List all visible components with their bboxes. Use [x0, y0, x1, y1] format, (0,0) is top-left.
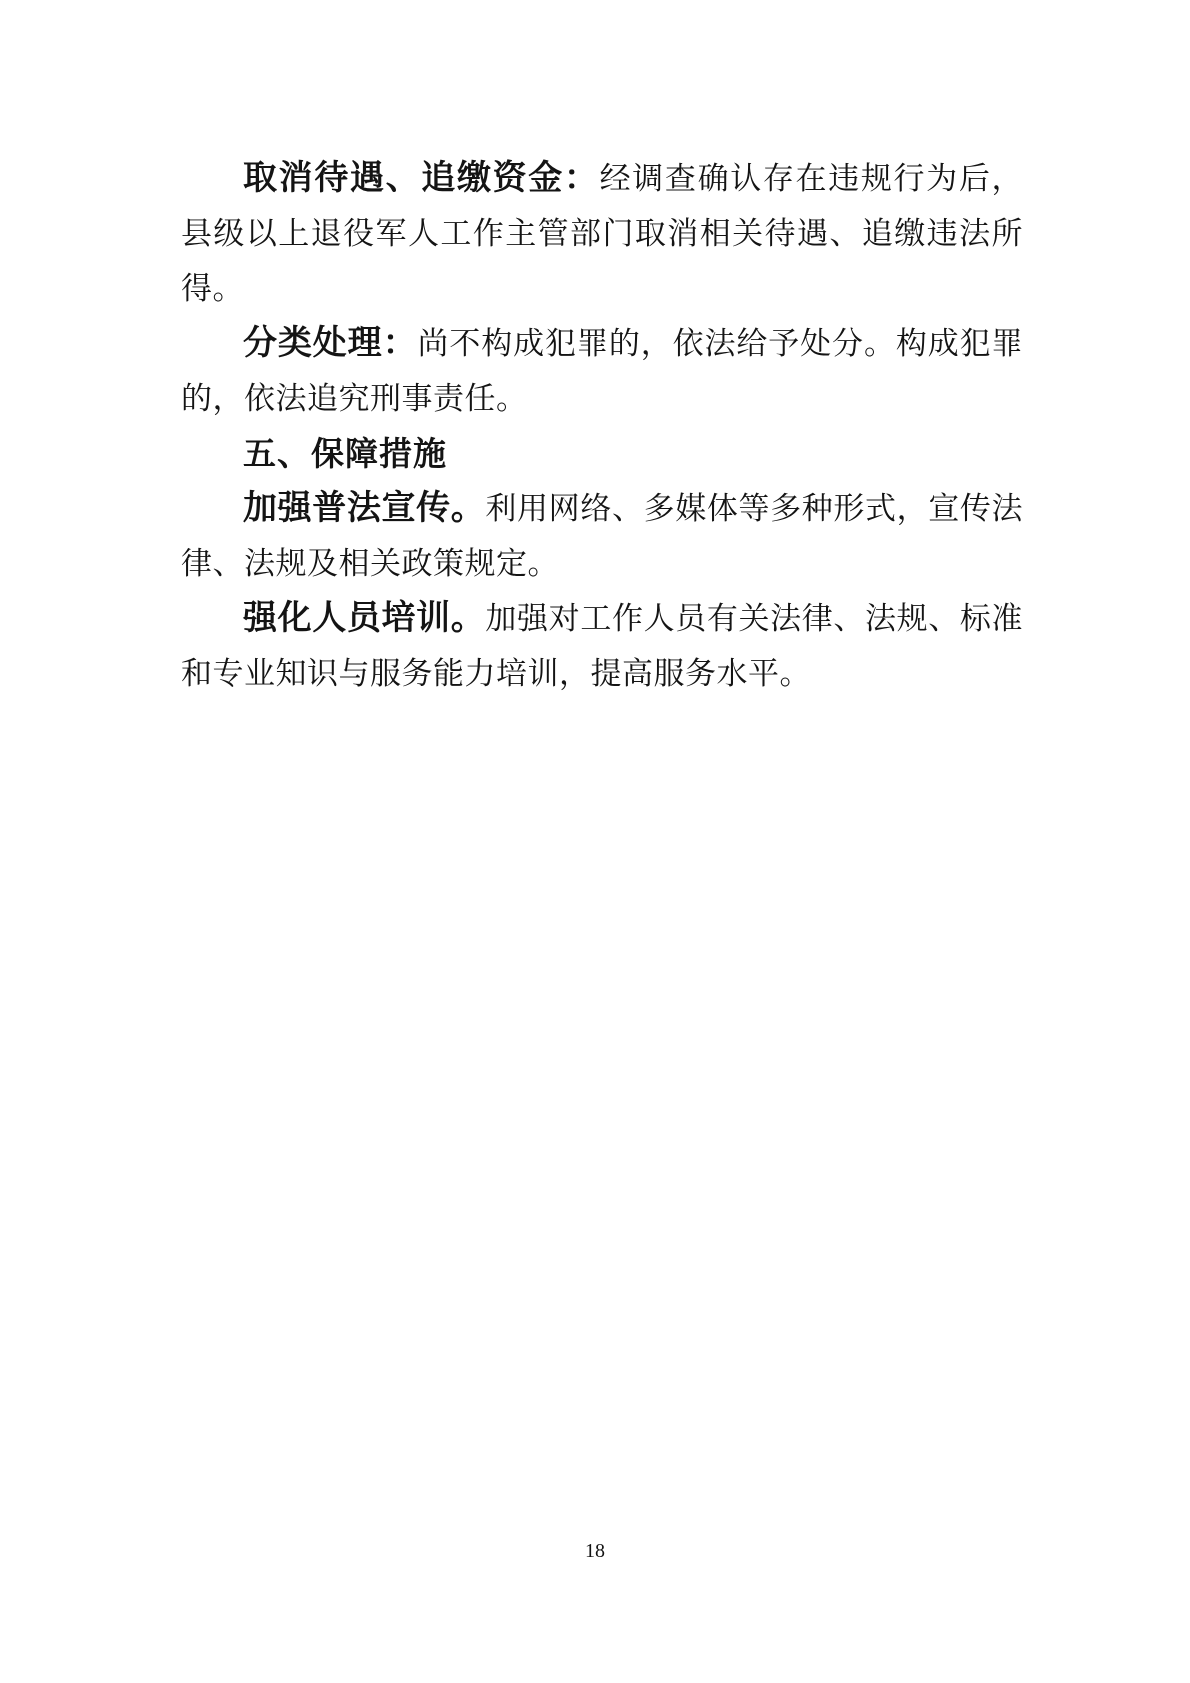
paragraph: 加强普法宣传。利用网络、多媒体等多种形式，宣传法律、法规及相关政策规定。 — [181, 481, 1023, 591]
paragraph-lead: 加强普法宣传。 — [243, 489, 485, 527]
paragraph-lead: 强化人员培训。 — [243, 599, 485, 637]
paragraph: 分类处理：尚不构成犯罪的，依法给予处分。构成犯罪的，依法追究刑事责任。 — [181, 316, 1023, 426]
paragraph-lead: 分类处理： — [243, 324, 417, 362]
page-number: 18 — [0, 1540, 1190, 1562]
document-text-block: 取消待遇、追缴资金：经调查确认存在违规行为后，县级以上退役军人工作主管部门取消相… — [181, 151, 1023, 701]
document-page: 取消待遇、追缴资金：经调查确认存在违规行为后，县级以上退役军人工作主管部门取消相… — [0, 0, 1190, 1683]
section-heading: 五、保障措施 — [181, 426, 1023, 481]
paragraph: 强化人员培训。加强对工作人员有关法律、法规、标准和专业知识与服务能力培训，提高服… — [181, 591, 1023, 701]
paragraph-lead: 取消待遇、追缴资金： — [243, 159, 600, 197]
paragraph: 取消待遇、追缴资金：经调查确认存在违规行为后，县级以上退役军人工作主管部门取消相… — [181, 151, 1023, 316]
